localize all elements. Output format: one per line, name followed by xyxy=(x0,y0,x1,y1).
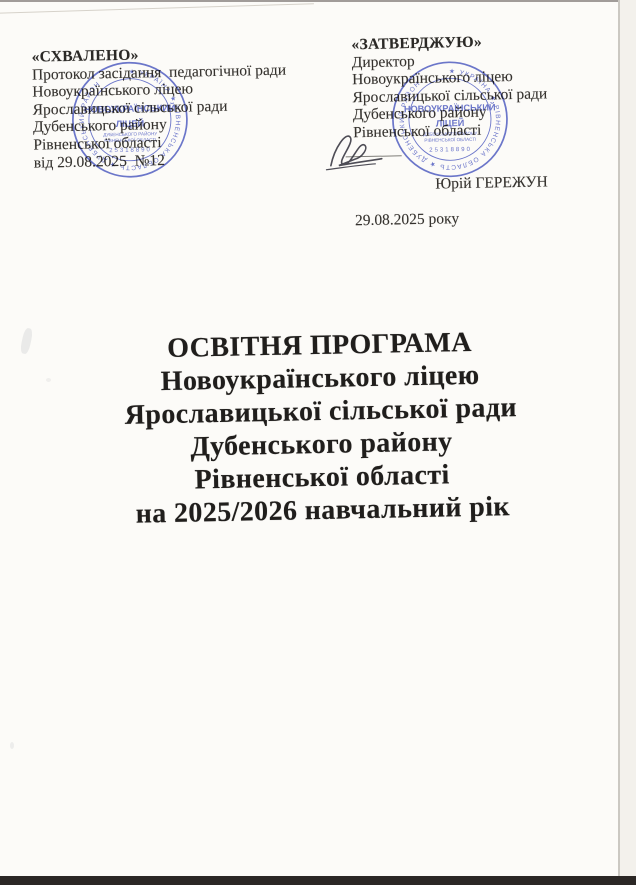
stamp-center-line2: ЛІЦЕЙ xyxy=(436,117,465,129)
scanned-document-page: «СХВАЛЕНО» Протокол засідання педагогічн… xyxy=(0,0,636,885)
signature-scribble-icon xyxy=(323,122,436,176)
scan-smudge xyxy=(46,378,51,382)
round-seal-stamp-icon: ★ УКРАЇНА ★ РІВНЕНСЬКА ОБЛАСТЬ ★ ДУБЕНСЬ… xyxy=(67,56,193,182)
document-title-block: ОСВІТНЯ ПРОГРАМА Новоукраїнського ліцею … xyxy=(9,323,633,533)
stamp-code: 25318890 xyxy=(109,147,152,154)
scan-border-bottom xyxy=(0,876,636,885)
scan-skew-wrapper: «СХВАЛЕНО» Протокол засідання педагогічн… xyxy=(0,0,636,885)
stamp-center-line3: ДУБЕНСЬКОГО РАЙОНУ xyxy=(103,129,157,137)
scan-border-top xyxy=(0,0,636,2)
stamp-center-line2: ЛІЦЕЙ xyxy=(116,117,145,129)
stamp-center-line4: РІВНЕНСЬКОЇ ОБЛАСТІ xyxy=(104,136,156,143)
scan-smudge xyxy=(10,742,14,749)
scan-margin-right xyxy=(620,0,636,876)
stamp-center-line1: НОВОУКРАЇНСЬКИЙ xyxy=(84,102,176,115)
stamp-center-line1: НОВОУКРАЇНСЬКИЙ xyxy=(404,101,496,114)
